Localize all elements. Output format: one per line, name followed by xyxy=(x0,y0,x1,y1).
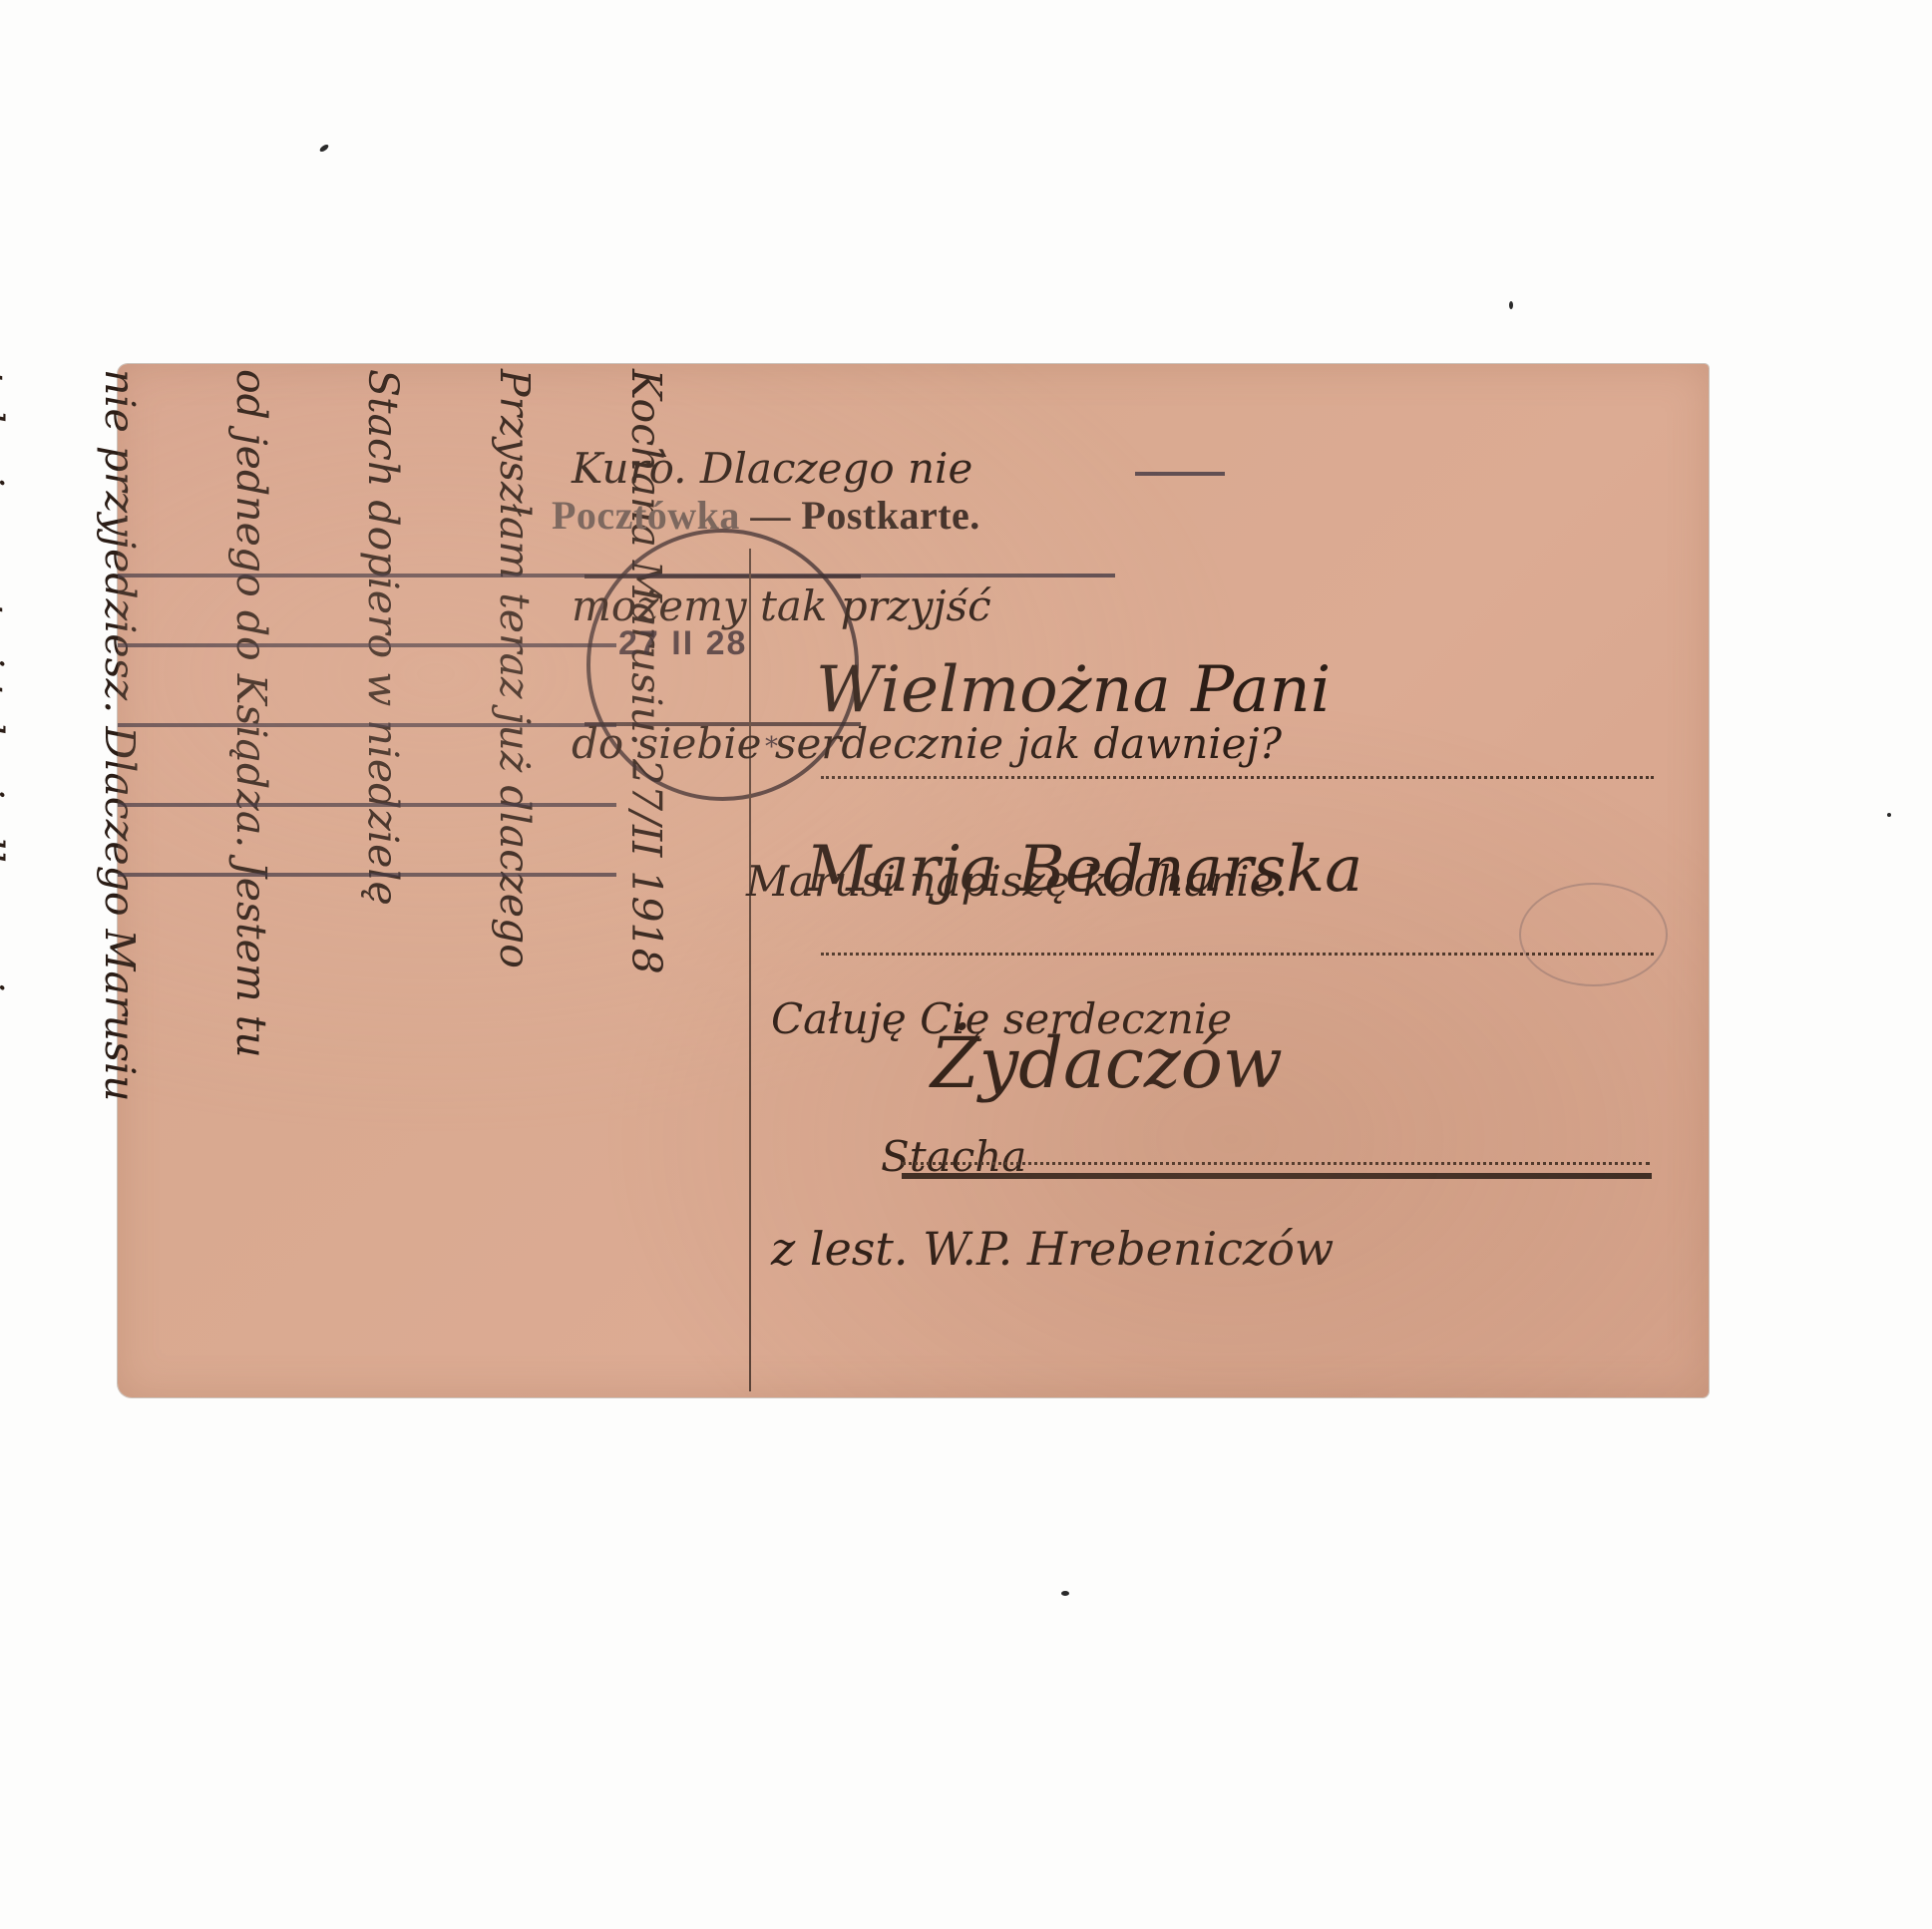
message-line: Przyszłam teraz już dlaczego xyxy=(493,369,537,1218)
address-dotted-line xyxy=(821,953,1654,956)
note-line: możemy tak przyjść xyxy=(572,583,1288,629)
address-recipient: Marja Bednarska xyxy=(806,833,1362,907)
cancel-line xyxy=(118,643,616,647)
address-underline xyxy=(902,1173,1652,1179)
message-line: tak nieczęsto i tak niedługo piszesz xyxy=(0,369,10,1218)
note-line: do siebie serdecznie jak dawniej? xyxy=(572,721,1288,767)
dust-speck xyxy=(318,144,329,154)
cancel-line xyxy=(118,803,616,807)
dust-speck xyxy=(1887,813,1891,817)
address-place: Żydaczów xyxy=(931,1022,1283,1104)
cancel-line xyxy=(118,723,616,727)
postcard: Kochana Marusiu. 27/II 1918 Przyszłam te… xyxy=(118,364,1709,1397)
faint-stamp-outline xyxy=(1519,883,1668,986)
message-line: od jednego do Ksiądza. Jestem tu xyxy=(229,369,273,1218)
greeting-note: Kurò. Dlaczego nie możemy tak przyjść do… xyxy=(572,354,1288,1272)
address-dotted-line xyxy=(821,776,1654,779)
address-footer: z lest. W.P. Hrebeniczów xyxy=(771,1222,1334,1276)
cancel-line xyxy=(118,873,616,877)
message-line: nie przyjedziesz. Dlaczego Marusiu xyxy=(98,369,142,1218)
dust-speck xyxy=(1061,1591,1069,1596)
address-dotted-line xyxy=(902,1162,1650,1165)
dust-speck xyxy=(1509,301,1513,309)
note-line: Kurò. Dlaczego nie xyxy=(572,446,1288,492)
address-salutation: Wielmożna Pani xyxy=(816,653,1331,727)
message-line: Stach dopiero w niedzielę xyxy=(361,369,405,1218)
